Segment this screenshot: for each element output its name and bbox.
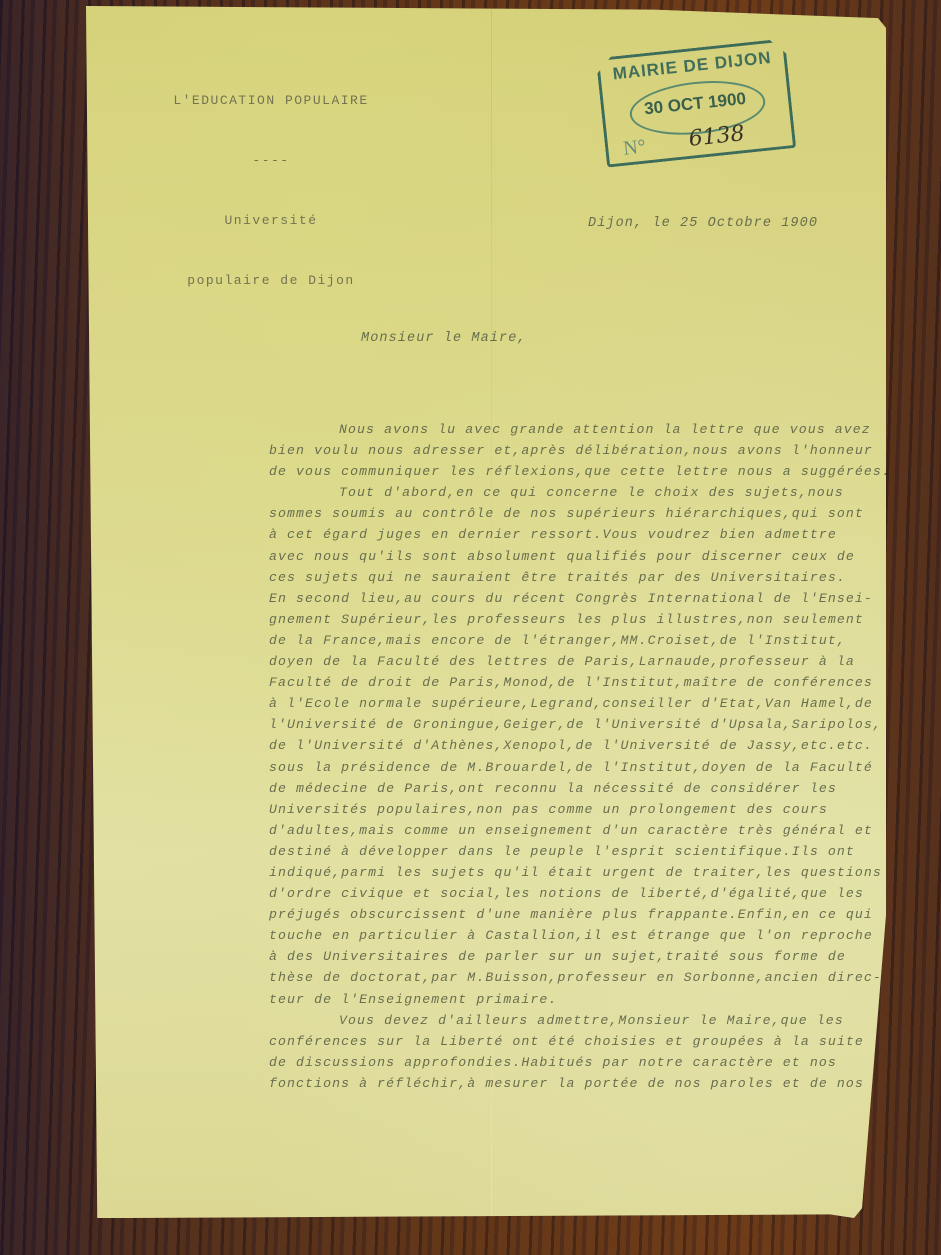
letter-line: sommes soumis au contrôle de nos supérie… (269, 503, 879, 524)
letter-line: fonctions à réfléchir,à mesurer la porté… (269, 1073, 879, 1094)
letter-line: bien voulu nous adresser et,après délibé… (269, 440, 879, 461)
letterhead: L'EDUCATION POPULAIRE ---- Université po… (166, 51, 376, 331)
stamp-number-label: N° (622, 136, 647, 161)
letter-line: Faculté de droit de Paris,Monod,de l'Ins… (269, 672, 879, 693)
letter-line: l'Université de Groningue,Geiger,de l'Un… (269, 714, 879, 735)
letter-line: de médecine de Paris,ont reconnu la néce… (269, 778, 879, 799)
letter-line: de vous communiquer les réflexions,que c… (269, 461, 879, 482)
letterhead-organization: L'EDUCATION POPULAIRE (166, 91, 376, 111)
letter-line: sous la présidence de M.Brouardel,de l'I… (269, 757, 879, 778)
mairie-received-stamp: MAIRIE DE DIJON 30 OCT 1900 N° 6138 (596, 38, 796, 167)
letter-line: thèse de doctorat,par M.Buisson,professe… (269, 967, 879, 988)
letter-line: à l'Ecole normale supérieure,Legrand,con… (269, 693, 879, 714)
letter-line: d'adultes,mais comme un enseignement d'u… (269, 820, 879, 841)
letter-line: de l'Université d'Athènes,Xenopol,de l'U… (269, 735, 879, 756)
letter-line: doyen de la Faculté des lettres de Paris… (269, 651, 879, 672)
letter-dateline: Dijon, le 25 Octobre 1900 (588, 216, 818, 231)
letterhead-university: Université (166, 211, 376, 231)
letter-line: à cet égard juges en dernier ressort.Vou… (269, 524, 879, 545)
letter-line: d'ordre civique et social,les notions de… (269, 883, 879, 904)
letter-line: indiqué,parmi les sujets qu'il était urg… (269, 862, 879, 883)
letter-page: L'EDUCATION POPULAIRE ---- Université po… (86, 6, 886, 1218)
letter-line: à des Universitaires de parler sur un su… (269, 946, 879, 967)
letter-line: En second lieu,au cours du récent Congrè… (269, 588, 879, 609)
letter-line: avec nous qu'ils sont absolument qualifi… (269, 546, 879, 567)
letter-line: de discussions approfondies.Habitués par… (269, 1052, 879, 1073)
letter-line: gnement Supérieur,les professeurs les pl… (269, 609, 879, 630)
letter-line: Nous avons lu avec grande attention la l… (269, 419, 879, 440)
letter-line: préjugés obscurcissent d'une manière plu… (269, 904, 879, 925)
letterhead-separator: ---- (166, 151, 376, 171)
letter-line: Vous devez d'ailleurs admettre,Monsieur … (269, 1010, 879, 1031)
letter-line: ces sujets qui ne sauraient être traités… (269, 567, 879, 588)
letter-line: de la France,mais encore de l'étranger,M… (269, 630, 879, 651)
letterhead-city: populaire de Dijon (166, 271, 376, 291)
letter-line: destiné à développer dans le peuple l'es… (269, 841, 879, 862)
letter-line: touche en particulier à Castallion,il es… (269, 925, 879, 946)
letter-body: Nous avons lu avec grande attention la l… (269, 419, 879, 1094)
letter-line: teur de l'Enseignement primaire. (269, 989, 879, 1010)
letter-salutation: Monsieur le Maire, (361, 331, 527, 346)
letter-line: Tout d'abord,en ce qui concerne le choix… (269, 482, 879, 503)
letter-line: Universités populaires,non pas comme un … (269, 799, 879, 820)
letter-line: conférences sur la Liberté ont été chois… (269, 1031, 879, 1052)
